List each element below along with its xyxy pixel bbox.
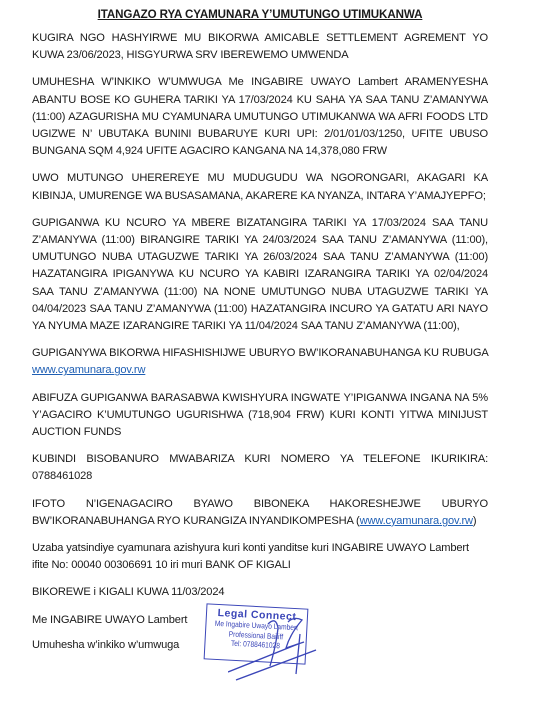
- signature-block: Me INGABIRE UWAYO Lambert Umuhesha w’ink…: [32, 612, 488, 654]
- cyamunara-link[interactable]: www.cyamunara.gov.rw: [32, 364, 145, 376]
- paragraph-photos: IFOTO N’IGENAGACIRO BYAWO BIBONEKA HAKOR…: [32, 496, 488, 530]
- paragraph-announcement: UMUHESHA W’INKIKO W’UMWUGA Me INGABIRE U…: [32, 74, 488, 160]
- paragraph-date: BIKOREWE i KIGALI KUWA 11/03/2024: [32, 584, 488, 601]
- paragraph-settlement: KUGIRA NGO HASHYIRWE MU BIKORWA AMICABLE…: [32, 30, 488, 64]
- notice-document: ITANGAZO RYA CYAMUNARA Y’UMUTUNGO UTIMUK…: [32, 8, 488, 664]
- paragraph-payment: Uzaba yatsindiye cyamunara azishyura kur…: [32, 540, 488, 574]
- notice-title: ITANGAZO RYA CYAMUNARA Y’UMUTUNGO UTIMUK…: [32, 8, 488, 21]
- paragraph-bidding-schedule: GUPIGANWA KU NCURO YA MBERE BIZATANGIRA …: [32, 215, 488, 335]
- paragraph-online-bidding: GUPIGANYWA BIKORWA HIFASHISHIJWE UBURYO …: [32, 345, 488, 379]
- handwritten-signature-icon: [228, 614, 318, 684]
- cyamunara-link-2[interactable]: www.cyamunara.gov.rw: [360, 515, 473, 527]
- photos-text-end: ): [473, 515, 477, 527]
- paragraph-location: UWO MUTUNGO UHEREREYE MU MUDUGUDU WA NGO…: [32, 170, 488, 204]
- paragraph-deposit: ABIFUZA GUPIGANWA BARASABWA KWISHYURA IN…: [32, 390, 488, 442]
- online-bidding-text: GUPIGANYWA BIKORWA HIFASHISHIJWE UBURYO …: [32, 347, 488, 359]
- paragraph-contact: KUBINDI BISOBANURO MWABARIZA KURI NOMERO…: [32, 451, 488, 485]
